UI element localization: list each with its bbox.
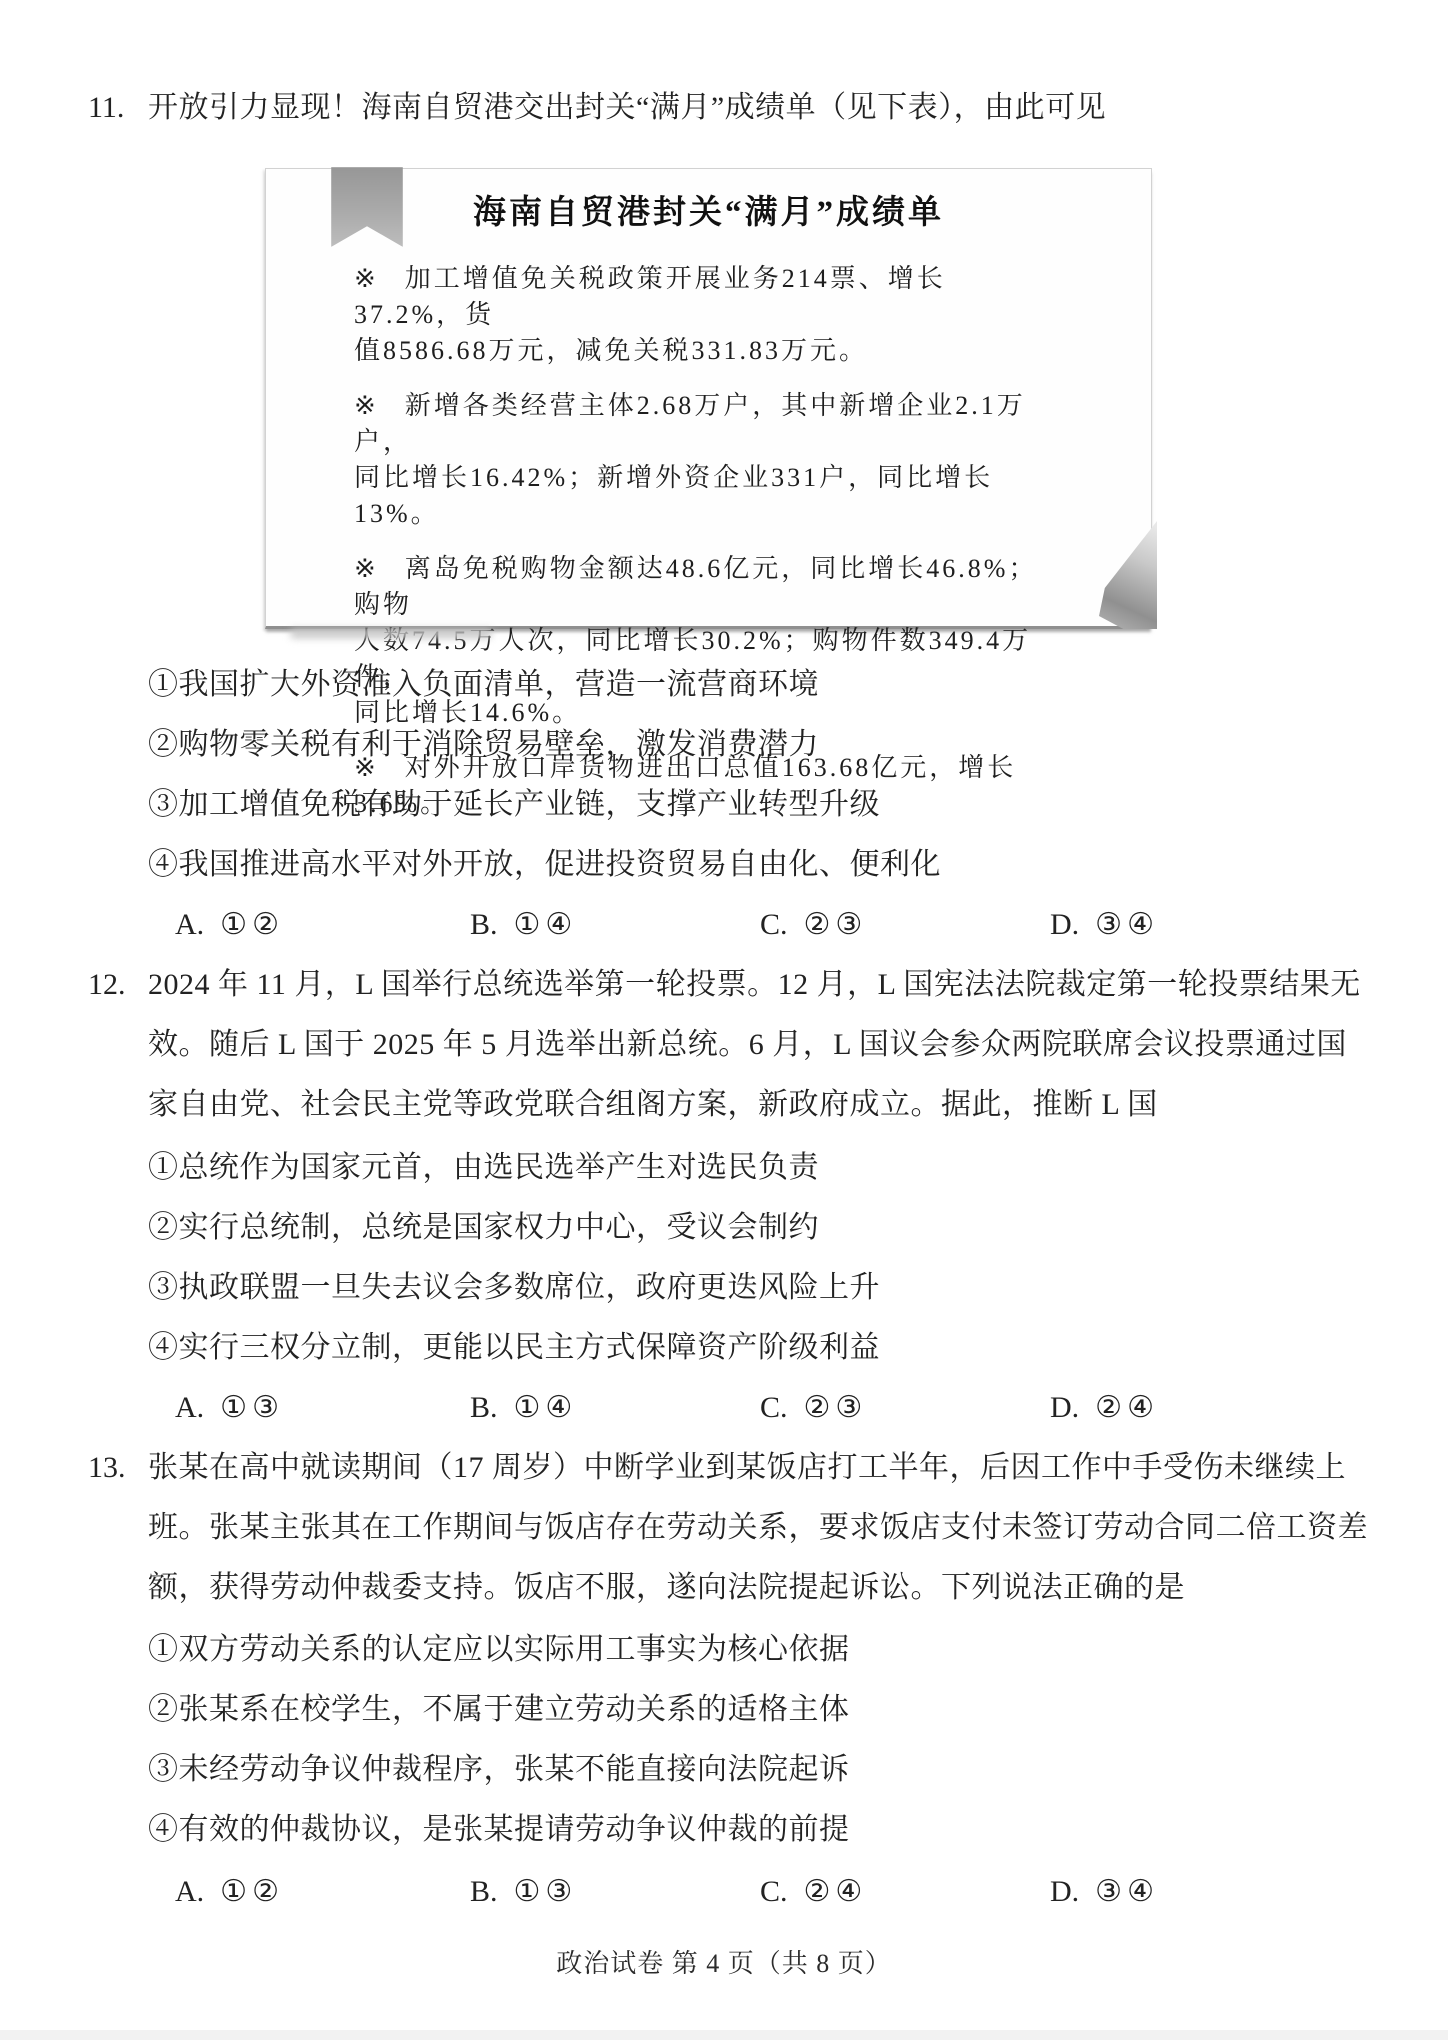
choice-a: A.①②: [175, 895, 284, 955]
choice-b: B.①③: [470, 1862, 577, 1922]
scan-edge-artifact: [0, 2030, 1448, 2040]
option-item: ①我国扩大外资准入负面清单，营造一流营商环境: [148, 655, 1408, 715]
choice-d: D.②④: [1050, 1378, 1159, 1438]
scorecard-bullet-text: 加工增值免关税政策开展业务214票、增长37.2%，货 值8586.68万元，减…: [354, 264, 946, 365]
question-13-choices: A.①② B.①③ C.②④ D.③④: [0, 1862, 1448, 1922]
choice-numbers: ③④: [1095, 908, 1159, 941]
choice-numbers: ②③: [804, 908, 868, 941]
choice-letter: B.: [470, 1875, 498, 1908]
option-item: ①总统作为国家元首，由选民选举产生对选民负责: [148, 1138, 1408, 1198]
question-12-stem: 12. 2024 年 11 月，L 国举行总统选举第一轮投票。12 月，L 国宪…: [0, 955, 1448, 1135]
choice-letter: B.: [470, 908, 498, 941]
option-item: ④实行三权分立制，更能以民主方式保障资产阶级利益: [148, 1318, 1408, 1378]
choice-letter: A.: [175, 1875, 204, 1908]
question-12-number: 12.: [88, 955, 126, 1015]
choice-letter: D.: [1050, 1875, 1079, 1908]
question-11-stem: 11. 开放引力显现！海南自贸港交出封关“满月”成绩单（见下表），由此可见: [0, 78, 1448, 138]
exam-page: 11. 开放引力显现！海南自贸港交出封关“满月”成绩单（见下表），由此可见 海南…: [0, 0, 1448, 2040]
choice-letter: C.: [760, 908, 788, 941]
scorecard-bullet: ※新增各类经营主体2.68万户，其中新增企业2.1万户， 同比增长16.42%；…: [354, 388, 1056, 532]
choice-numbers: ③④: [1095, 1875, 1159, 1908]
scorecard-bullet-text: 新增各类经营主体2.68万户，其中新增企业2.1万户， 同比增长16.42%；新…: [354, 391, 1026, 528]
choice-letter: A.: [175, 1391, 204, 1424]
choice-b: B.①④: [470, 1378, 577, 1438]
choice-d: D.③④: [1050, 895, 1159, 955]
question-12-options: ①总统作为国家元首，由选民选举产生对选民负责 ②实行总统制，总统是国家权力中心，…: [148, 1138, 1408, 1378]
scorecard-bullet: ※加工增值免关税政策开展业务214票、增长37.2%，货 值8586.68万元，…: [354, 261, 1056, 369]
choice-c: C.②④: [760, 1862, 867, 1922]
choice-numbers: ②④: [1095, 1391, 1159, 1424]
choice-letter: D.: [1050, 1391, 1079, 1424]
choice-d: D.③④: [1050, 1862, 1159, 1922]
choice-letter: C.: [760, 1875, 788, 1908]
reference-mark-icon: ※: [354, 391, 379, 420]
option-item: ②张某系在校学生，不属于建立劳动关系的适格主体: [148, 1680, 1408, 1740]
reference-mark-icon: ※: [354, 264, 379, 293]
choice-numbers: ①②: [220, 908, 284, 941]
question-11-choices: A.①② B.①④ C.②③ D.③④: [0, 895, 1448, 955]
choice-letter: D.: [1050, 908, 1079, 941]
question-11-options: ①我国扩大外资准入负面清单，营造一流营商环境 ②购物零关税有利于消除贸易壁垒，激…: [148, 655, 1408, 895]
choice-numbers: ①③: [220, 1391, 284, 1424]
question-13-options: ①双方劳动关系的认定应以实际用工事实为核心依据 ②张某系在校学生，不属于建立劳动…: [148, 1620, 1408, 1860]
option-item: ④我国推进高水平对外开放，促进投资贸易自由化、便利化: [148, 835, 1408, 895]
choice-numbers: ①③: [514, 1875, 578, 1908]
choice-a: A.①③: [175, 1378, 284, 1438]
choice-numbers: ①②: [220, 1875, 284, 1908]
choice-numbers: ②④: [804, 1875, 868, 1908]
question-13-number: 13.: [88, 1438, 126, 1498]
choice-letter: B.: [470, 1391, 498, 1424]
page-footer: 政治试卷 第 4 页（共 8 页）: [0, 1934, 1448, 1994]
option-item: ②购物零关税有利于消除贸易壁垒，激发消费潜力: [148, 715, 1408, 775]
question-11-text: 开放引力显现！海南自贸港交出封关“满月”成绩单（见下表），由此可见: [148, 78, 1405, 138]
choice-c: C.②③: [760, 1378, 867, 1438]
reference-mark-icon: ※: [354, 554, 379, 583]
choice-numbers: ①④: [514, 908, 578, 941]
option-item: ②实行总统制，总统是国家权力中心，受议会制约: [148, 1198, 1408, 1258]
choice-c: C.②③: [760, 895, 867, 955]
option-item: ③未经劳动争议仲裁程序，张某不能直接向法院起诉: [148, 1740, 1408, 1800]
choice-a: A.①②: [175, 1862, 284, 1922]
question-12-choices: A.①③ B.①④ C.②③ D.②④: [0, 1378, 1448, 1438]
bookmark-ribbon-icon: [331, 167, 403, 247]
choice-letter: A.: [175, 908, 204, 941]
option-item: ③加工增值免税有助于延长产业链，支撑产业转型升级: [148, 775, 1408, 835]
option-item: ③执政联盟一旦失去议会多数席位，政府更迭风险上升: [148, 1258, 1408, 1318]
choice-letter: C.: [760, 1391, 788, 1424]
option-item: ④有效的仲裁协议，是张某提请劳动争议仲裁的前提: [148, 1800, 1408, 1860]
option-item: ①双方劳动关系的认定应以实际用工事实为核心依据: [148, 1620, 1408, 1680]
scorecard-box: 海南自贸港封关“满月”成绩单 ※加工增值免关税政策开展业务214票、增长37.2…: [265, 168, 1152, 629]
choice-numbers: ②③: [804, 1391, 868, 1424]
question-13-text: 张某在高中就读期间（17 周岁）中断学业到某饭店打工半年，后因工作中手受伤未继续…: [148, 1438, 1405, 1618]
question-11-number: 11.: [88, 78, 124, 138]
question-12-text: 2024 年 11 月，L 国举行总统选举第一轮投票。12 月，L 国宪法法院裁…: [148, 955, 1405, 1135]
choice-b: B.①④: [470, 895, 577, 955]
choice-numbers: ①④: [514, 1391, 578, 1424]
question-13-stem: 13. 张某在高中就读期间（17 周岁）中断学业到某饭店打工半年，后因工作中手受…: [0, 1438, 1448, 1618]
